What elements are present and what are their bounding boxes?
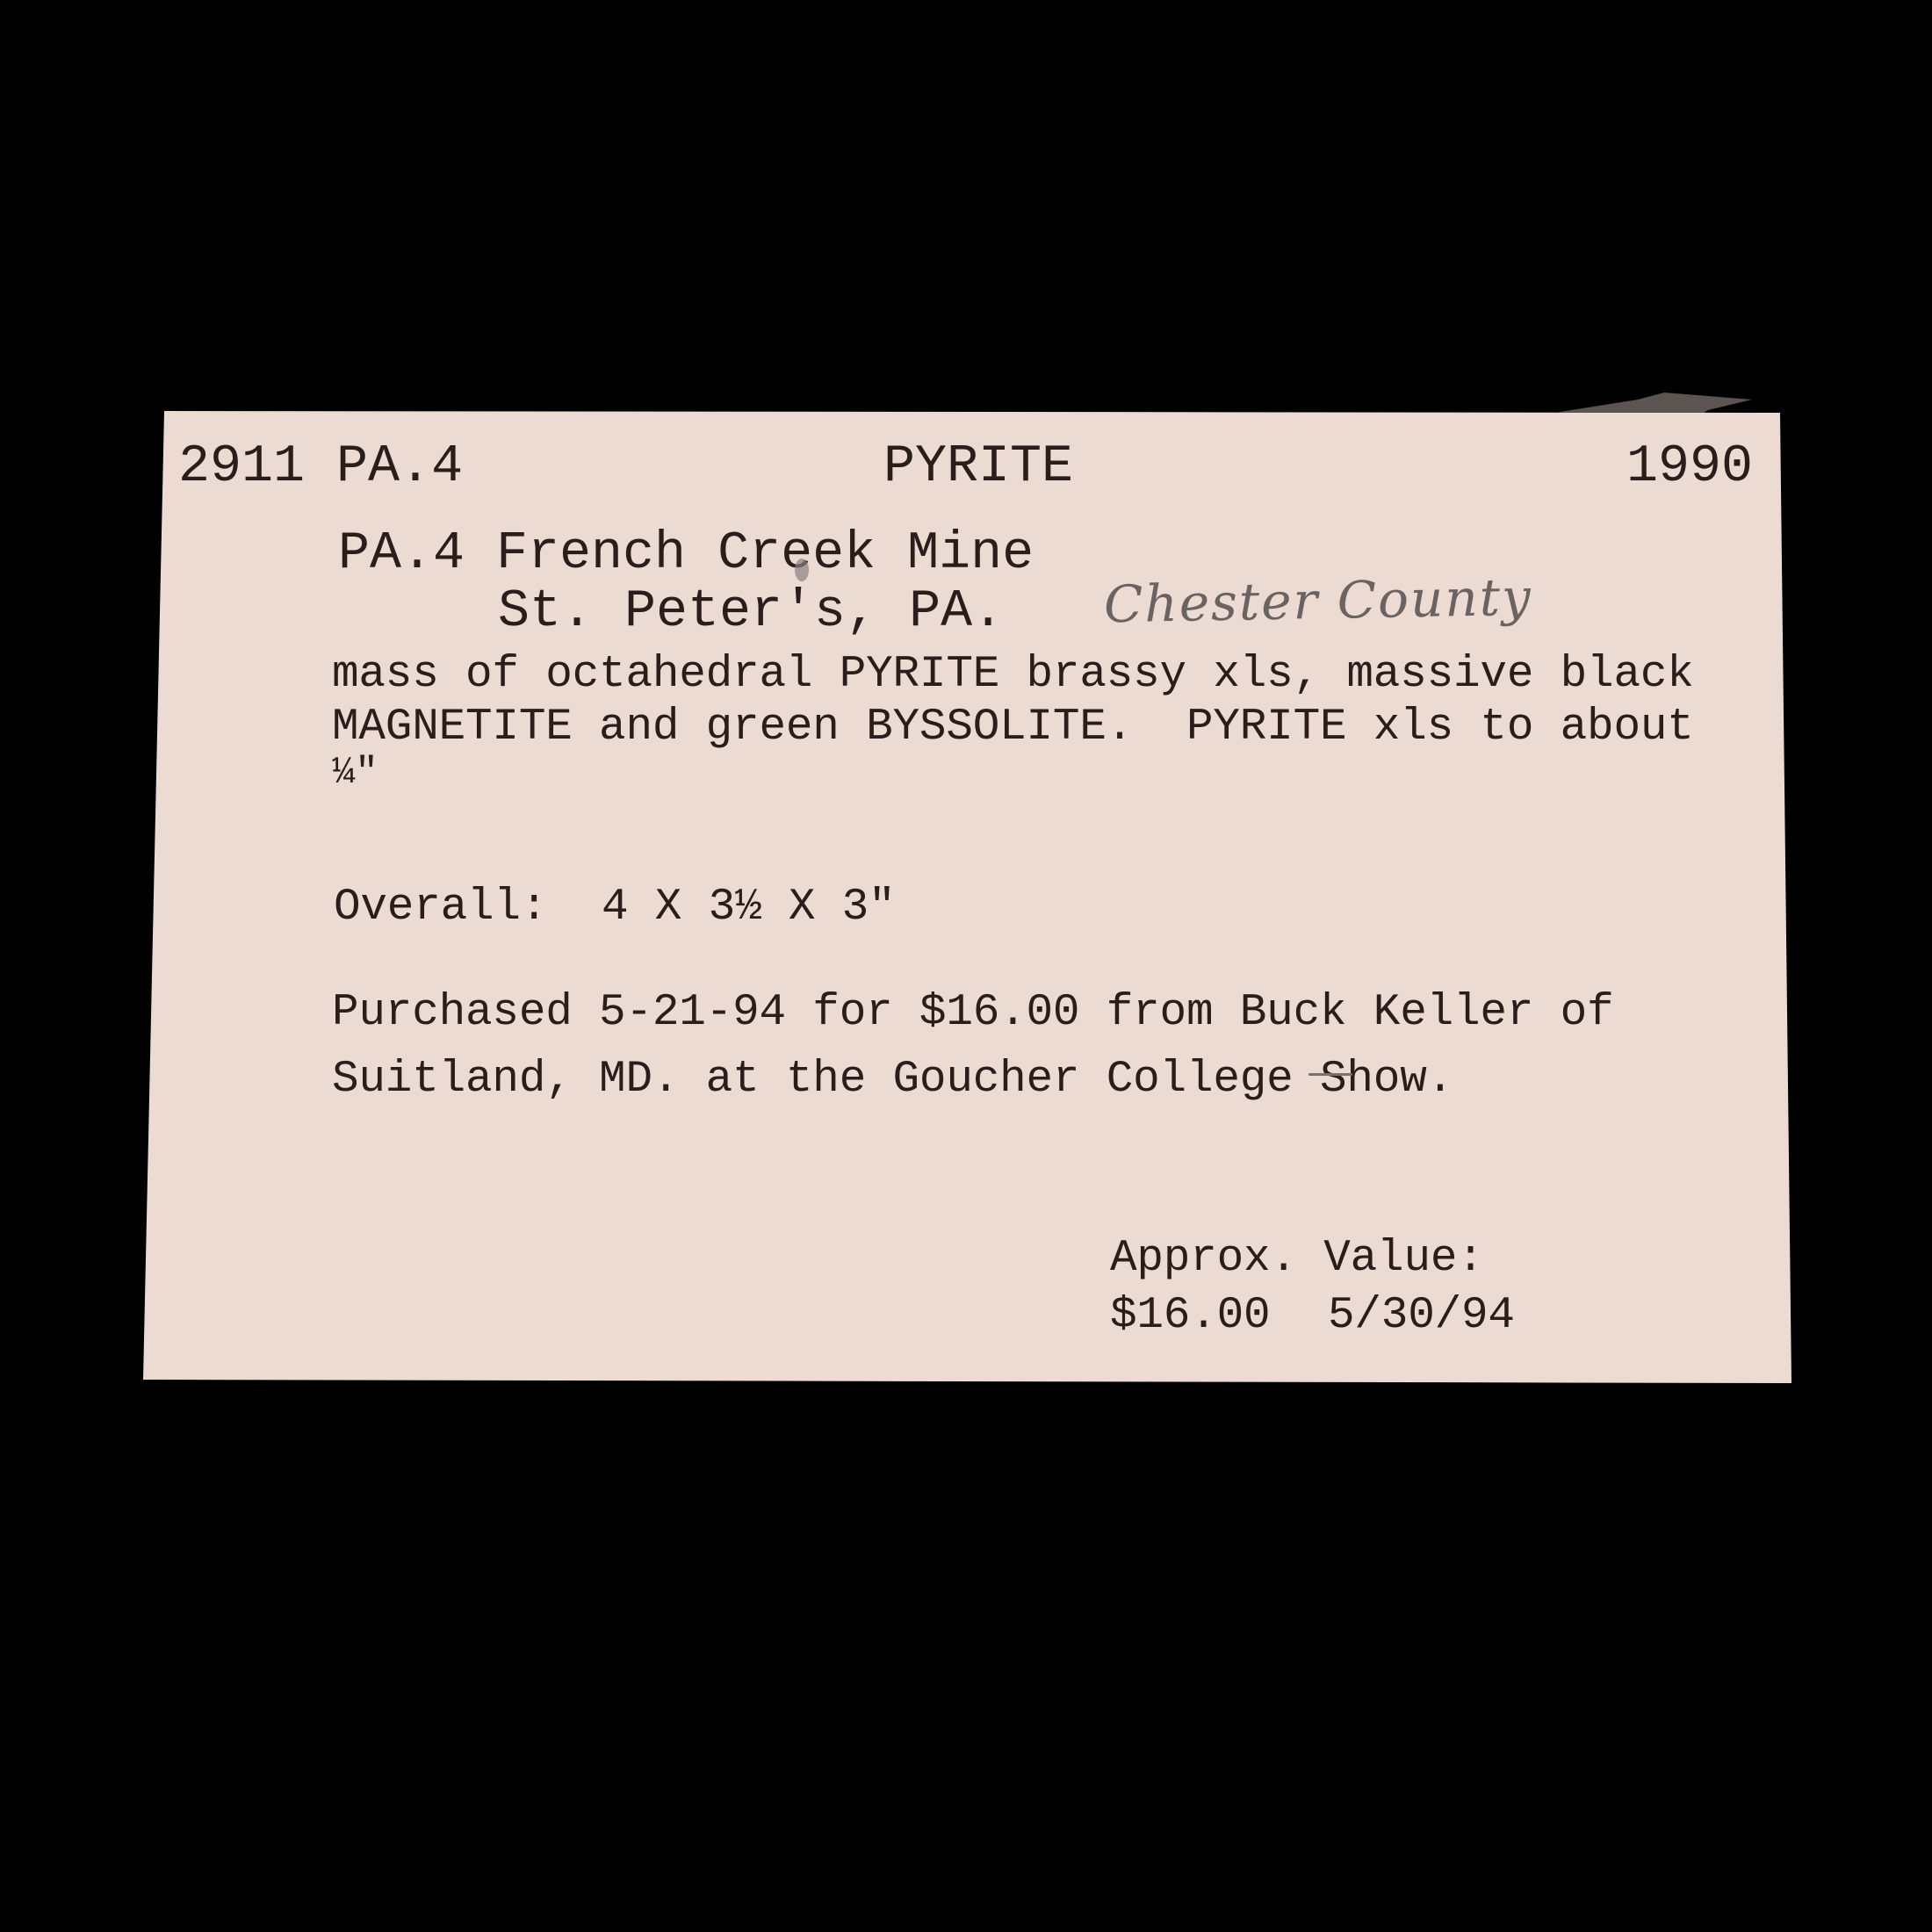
locality-line2: St. Peter's, PA. (498, 586, 1004, 638)
catalog-number: 2911 (178, 437, 305, 497)
description-line3: ¼" (332, 753, 378, 792)
year: 1990 (1626, 441, 1753, 494)
approx-value-amount: $16.00 (1110, 1294, 1270, 1338)
locality-code: PA.4 (336, 437, 463, 497)
purchase-line2: Suitland, MD. at the Goucher College Sho… (332, 1057, 1453, 1102)
approx-value-date: 5/30/94 (1328, 1294, 1515, 1338)
specimen-label-card (0, 0, 1932, 1932)
description-line2: MAGNETITE and green BYSSOLITE. PYRITE xl… (332, 705, 1694, 750)
description-line1: mass of octahedral PYRITE brassy xls, ma… (332, 652, 1694, 697)
handwritten-note: Chester County (1103, 567, 1532, 635)
header-left: 2911 PA.4 (178, 441, 463, 494)
overall-label: Overall: (334, 885, 547, 930)
approx-value-label: Approx. Value: (1110, 1236, 1484, 1281)
locality-line1: PA.4 French Creek Mine (338, 528, 1034, 580)
pencil-mark (1308, 1073, 1352, 1076)
purchase-line1: Purchased 5-21-94 for $16.00 from Buck K… (332, 991, 1613, 1035)
ink-smudge (795, 559, 809, 581)
mineral-title: PYRITE (883, 441, 1073, 494)
torn-paper-tab (1554, 393, 1752, 413)
overall-value: 4 X 3½ X 3" (602, 885, 895, 930)
